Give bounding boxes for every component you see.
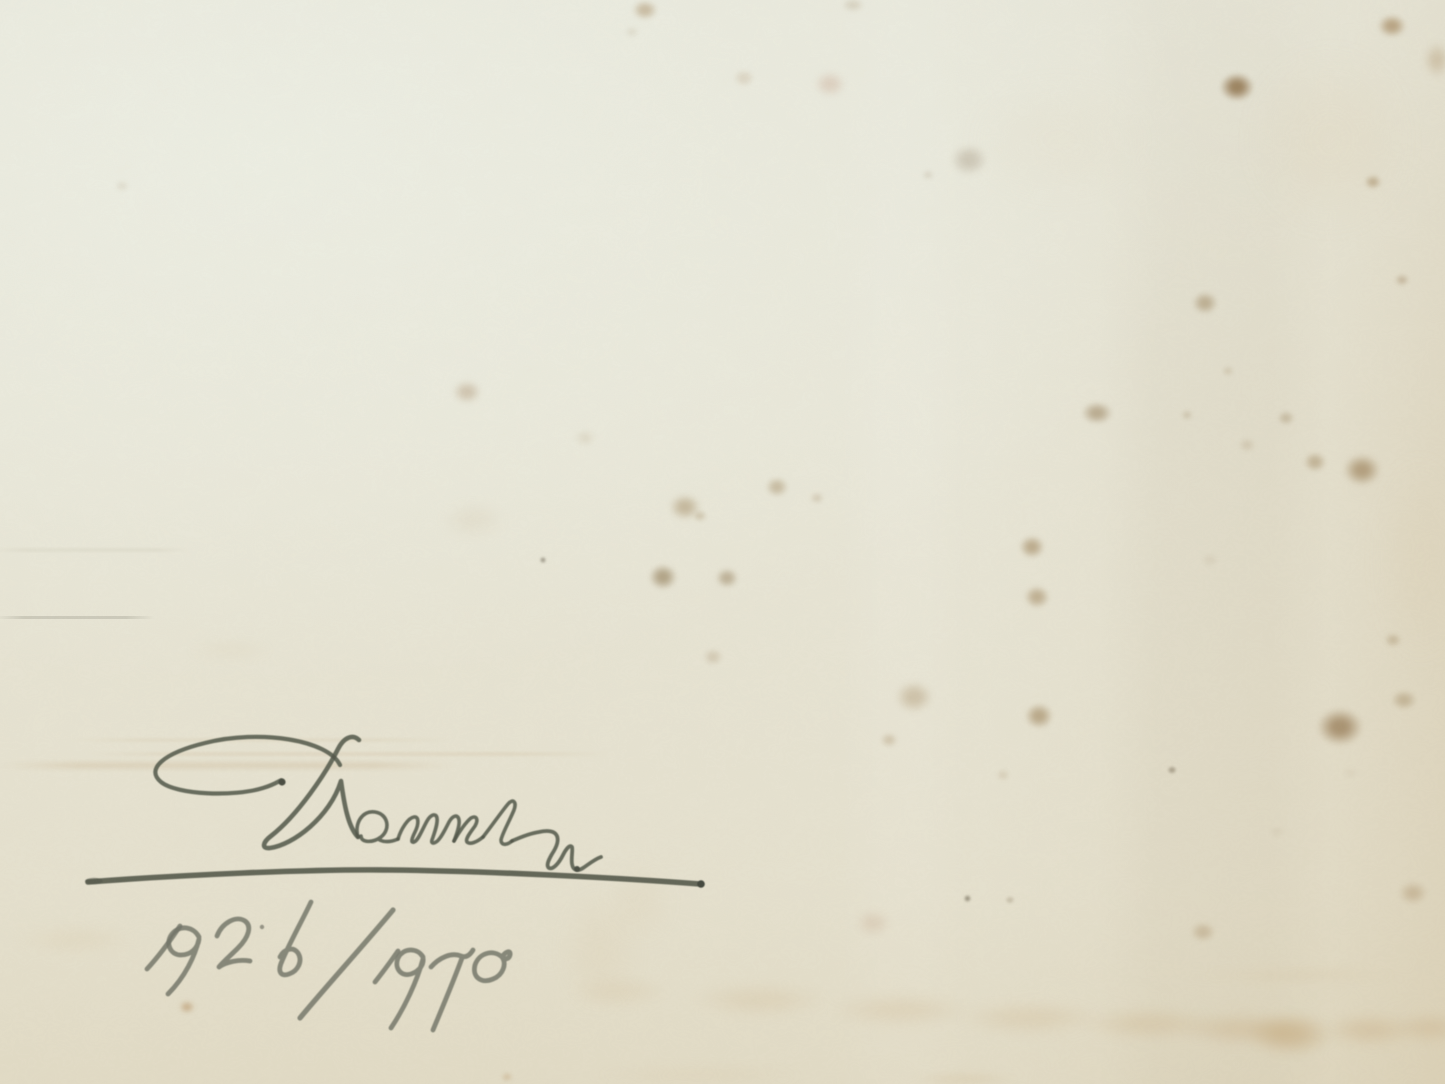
- foxing-spot: [1308, 701, 1372, 753]
- foxing-spot: [1014, 531, 1050, 563]
- signature-d-stem: [264, 737, 359, 848]
- foxing-spot: [1336, 448, 1388, 492]
- foxing-spot: [622, 24, 642, 40]
- foxing-spot: [447, 376, 487, 408]
- foxing-spot: [761, 473, 793, 501]
- signature-l: [483, 801, 515, 844]
- foxing-spot: [429, 496, 517, 544]
- foxing-spot: [627, 0, 663, 24]
- foxing-spot: [888, 675, 940, 719]
- foxing-spot: [499, 1071, 515, 1083]
- signature-d-loop-dot: [278, 778, 285, 785]
- date-stray-dot: [260, 925, 264, 929]
- foxing-spot: [570, 427, 600, 449]
- foxing-spot: [849, 905, 897, 941]
- date-digit-7: [431, 950, 473, 1030]
- foxing-spot: [837, 0, 869, 15]
- foxing-spot: [1392, 272, 1412, 288]
- underline-stroke: [88, 870, 700, 884]
- foxing-spot: [1340, 765, 1360, 781]
- foxing-spot: [1393, 877, 1433, 909]
- foxing-spot: [1198, 551, 1222, 569]
- foxing-spot: [808, 66, 852, 102]
- date-digit-2: [217, 919, 250, 967]
- foxing-spot: [1361, 172, 1385, 192]
- signature-a-dot: [574, 866, 580, 872]
- signature-d-loop: [155, 737, 340, 794]
- foxing-spot: [1019, 698, 1059, 734]
- foxing-spot: [690, 508, 710, 524]
- date-slash: [300, 910, 393, 1018]
- inscription-block: [60, 720, 760, 1060]
- underline-end-dot: [697, 880, 705, 888]
- date-digit-9b: [391, 950, 423, 1028]
- foxing-spot: [1235, 435, 1259, 455]
- foxing-spot: [1274, 408, 1298, 428]
- foxing-spot: [1187, 287, 1223, 319]
- foxing-spot: [1185, 918, 1221, 946]
- foxing-spot: [1213, 67, 1261, 107]
- foxing-spot: [1372, 10, 1412, 42]
- foxing-spot: [877, 730, 901, 750]
- foxing-spot: [962, 893, 973, 904]
- foxing-spot: [1179, 408, 1195, 422]
- foxing-spot: [729, 66, 759, 90]
- date-digit-0: [474, 952, 510, 981]
- foxing-spot: [1019, 581, 1055, 613]
- date-digit-6: [280, 902, 311, 975]
- foxing-spot: [1003, 894, 1017, 906]
- foxing-spot: [711, 564, 743, 592]
- signature-m: [398, 815, 459, 843]
- date-digit-1b: [375, 951, 398, 982]
- foxing-spot: [1381, 630, 1405, 650]
- date-inscription: [147, 902, 510, 1030]
- foxing-spot: [699, 645, 727, 669]
- foxing-spot: [1165, 764, 1179, 776]
- foxing-spot: [920, 168, 936, 182]
- foxing-spot: [643, 559, 683, 595]
- signature-underline: [85, 870, 705, 888]
- foxing-spot: [1419, 36, 1445, 84]
- foxing-spot: [1075, 397, 1119, 429]
- foxing-spot: [112, 178, 132, 194]
- foxing-spot: [807, 490, 827, 506]
- foxing-spot: [943, 138, 995, 182]
- foxing-spot: [1299, 448, 1331, 476]
- signature-a: [512, 831, 601, 870]
- foxing-spot: [538, 555, 548, 565]
- photo-of-signed-paper: Domela 1926/1970: [0, 0, 1445, 1084]
- underline-start-blob: [85, 878, 103, 884]
- foxing-spot: [1386, 686, 1422, 714]
- foxing-spot: [994, 767, 1012, 783]
- foxing-spot: [1220, 364, 1236, 378]
- foxing-spot: [1267, 824, 1287, 840]
- signature-o: [357, 812, 398, 842]
- signature-domela: [155, 737, 601, 872]
- foxing-spot: [663, 489, 707, 525]
